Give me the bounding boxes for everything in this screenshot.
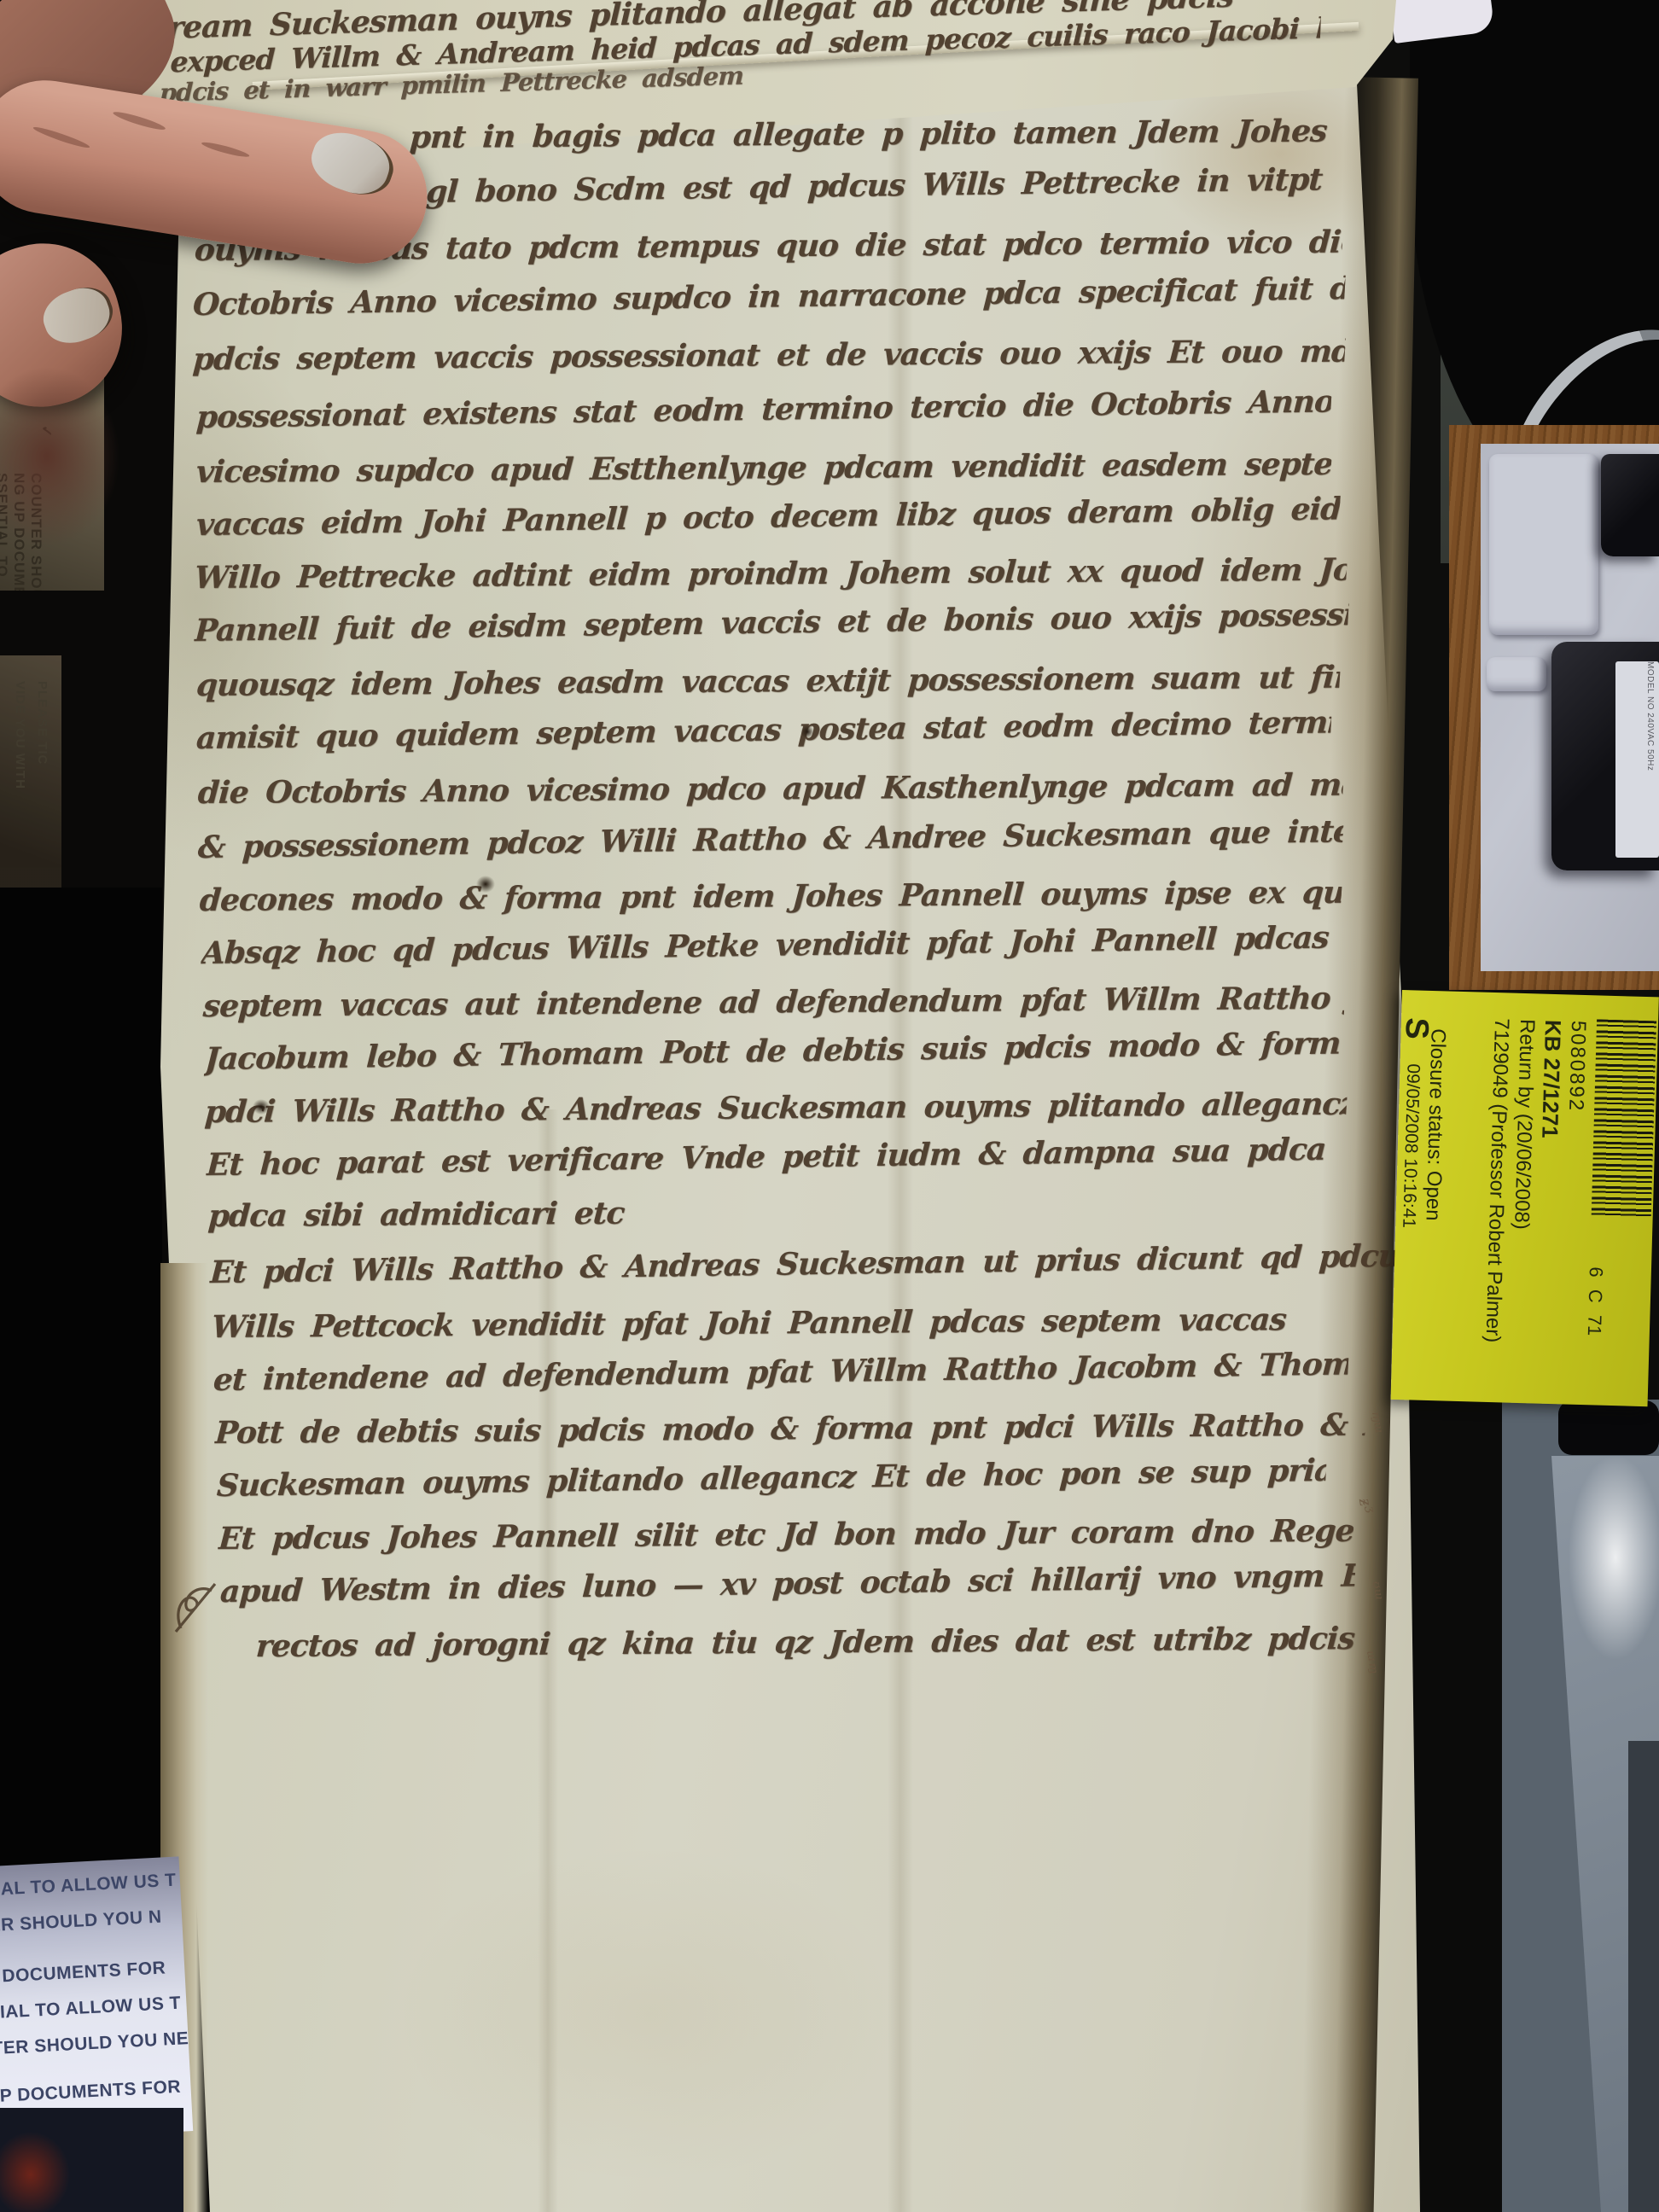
ticket-closure-status: Closure status: Open (1420, 1028, 1449, 1221)
manuscript-line: pdca sibi admidicari etc (207, 1195, 654, 1234)
ink-blot (253, 1099, 270, 1115)
repository-counter-sticker: TIAL TO ALLOW US T TER SHOULD YOU N DOCU… (0, 1856, 193, 2142)
counter-slip-in-shadow: PLEASE TIC VIDE YOU WITH (0, 655, 61, 898)
ticket-barcode-number: 5080892 (1563, 1020, 1590, 1112)
tray-mold-compartment (1489, 454, 1598, 635)
dorse-ink-mark: ᶬᵚ (1361, 1410, 1386, 1436)
ticket-reader: 7129049 (Professor Robert Palmer) (1481, 1018, 1514, 1343)
adapter-spec-label: MODEL NO 240VAC 50Hz (1615, 661, 1659, 858)
ticket-return-by: Return by (20/06/2008) (1509, 1019, 1539, 1231)
ink-blot (476, 876, 495, 893)
dorse-ink-mark: ᵶᶾ (1354, 1497, 1379, 1516)
reflection-highlight (1569, 1455, 1659, 1660)
barcode (1592, 1019, 1656, 1217)
slip-text: VIDE YOU WITH (13, 681, 27, 789)
sticker-text: DOCUMENTS FOR (2, 1958, 166, 1987)
photograph-of-manuscript: MODEL NO 240VAC 50Hz RECO ✓ COUNTER SHOU… (0, 0, 1659, 2212)
sticker-text: TIAL TO ALLOW US T (0, 1994, 182, 2024)
thumbnail (37, 279, 120, 351)
black-object (1558, 1400, 1659, 1455)
fingernail (304, 124, 400, 204)
desk-shadow-strip (1628, 1741, 1659, 2212)
sticker-text: TIAL TO ALLOW US T (0, 1871, 177, 1901)
manuscript-line: Wills Pettcock vendidit pfat Johi Pannel… (211, 1301, 1306, 1345)
sticker-text: NTER SHOULD YOU NE (0, 2029, 189, 2060)
tray-mold-ridge (1487, 657, 1546, 691)
ticket-shelf-mark: 6 C 71 (1583, 1266, 1607, 1336)
marginal-paraph-flourish (169, 1572, 224, 1637)
red-object-corner (0, 2132, 70, 2212)
dorse-ink-mark: ᶷᵚ (1362, 1580, 1387, 1604)
sticker-text: TER SHOULD YOU N (0, 1907, 162, 1937)
adapter-label-text: MODEL NO 240VAC 50Hz (1645, 661, 1655, 858)
ink-blot (800, 725, 814, 738)
slip-text: PLEASE TIC (35, 681, 49, 765)
ticket-timestamp: 09/05/2008 10:16:41 (1398, 1063, 1423, 1228)
ticket-reference: KB 27/1271 (1536, 1020, 1566, 1139)
shadow (0, 888, 162, 1869)
power-adapter (1601, 454, 1659, 556)
dorse-ink-mark: ᵚᶬ (1356, 1650, 1381, 1676)
sticker-text: P DOCUMENTS FOR (0, 2077, 182, 2107)
manuscript-line: pnt in bagis pdca allegate p plito tamen… (409, 113, 1333, 155)
ticket-status-initial: S (1397, 1017, 1435, 1040)
loan-ticket: 5080892 KB 27/1271 Return by (20/06/2008… (1391, 990, 1659, 1406)
